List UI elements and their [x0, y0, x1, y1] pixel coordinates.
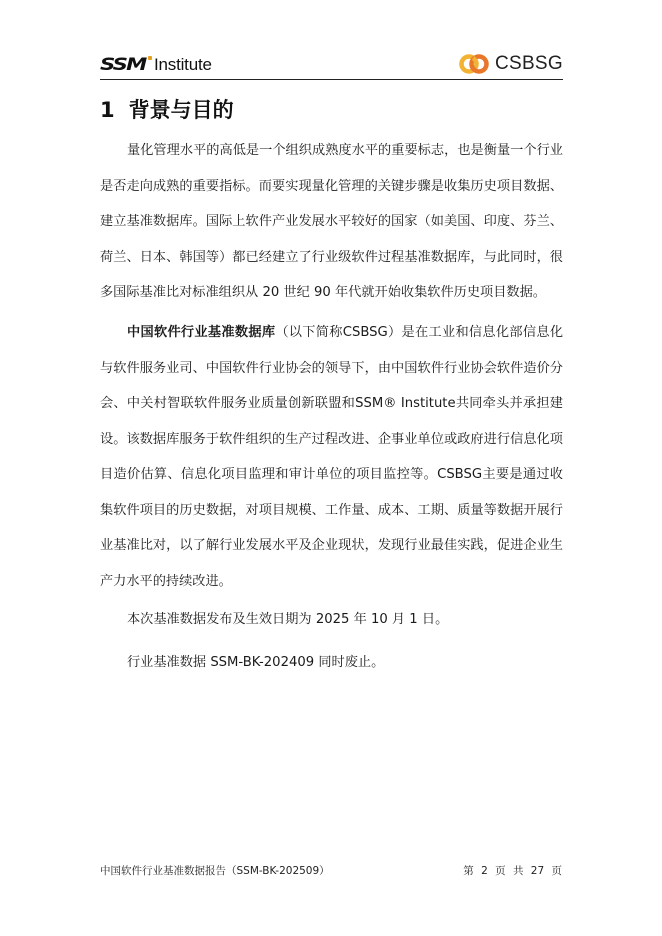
text-line: 设。该数据库服务于软件组织的生产过程改进、企事业单位或政府进行信息化项: [100, 422, 563, 458]
csbsg-logo-text: CSBSG: [495, 53, 563, 75]
ssm-institute-logo: SSM Institute: [100, 54, 212, 76]
text-line: 荷兰、日本、韩国等）都已经建立了行业级软件过程基准数据库，与此同时，很: [100, 240, 563, 276]
paragraph-effective-date: 本次基准数据发布及生效日期为 2025 年 10 月 1 日。: [100, 602, 563, 638]
header-divider: [100, 79, 563, 80]
text-line: 业基准比对，以了解行业发展水平及企业现状，发现行业最佳实践，促进企业生: [100, 528, 563, 564]
section-title: 背景与目的: [129, 98, 234, 122]
document-page: SSM Institute CSBSG 1背景与目的 量化管理水平的高低是一个组…: [0, 0, 662, 936]
text-line: 多国际基准比对标准组织从 20 世纪 90 年代就开始收集软件历史项目数据。: [100, 275, 563, 311]
footer-page-number: 第 2 页 共 27 页: [463, 863, 562, 878]
ssm-logo-accent-icon: [148, 56, 152, 60]
paragraph-superseded: 行业基准数据 SSM-BK-202409 同时废止。: [100, 645, 563, 681]
text-line: 行业基准数据 SSM-BK-202409 同时废止。: [100, 645, 563, 681]
bold-term: 中国软件行业基准数据库: [127, 325, 275, 340]
text-line: 会、中关村智联软件服务业质量创新联盟和SSM® Institute共同牵头并承担…: [100, 386, 563, 422]
section-heading: 1背景与目的: [100, 94, 234, 124]
text-line: 是否走向成熟的重要指标。而要实现量化管理的关键步骤是收集历史项目数据、: [100, 169, 563, 205]
text-line: 本次基准数据发布及生效日期为 2025 年 10 月 1 日。: [100, 602, 563, 638]
page-header: SSM Institute CSBSG: [100, 50, 563, 80]
section-number: 1: [100, 98, 115, 122]
text-line: 集软件项目的历史数据，对项目规模、工作量、成本、工期、质量等数据开展行: [100, 493, 563, 529]
ssm-logo-text: Institute: [154, 55, 212, 75]
text-line: 产力水平的持续改进。: [100, 564, 563, 600]
text-line: 中国软件行业基准数据库（以下简称CSBSG）是在工业和信息化部信息化: [100, 315, 563, 351]
text-span: （以下简称CSBSG）是在工业和信息化部信息化: [275, 325, 563, 340]
text-line: 目造价估算、信息化项目监理和审计单位的项目监控等。CSBSG主要是通过收: [100, 457, 563, 493]
interlocking-rings-icon: [459, 52, 489, 76]
csbsg-logo: CSBSG: [459, 50, 563, 78]
paragraph-csbsg-intro: 中国软件行业基准数据库（以下简称CSBSG）是在工业和信息化部信息化 与软件服务…: [100, 315, 563, 599]
text-line: 与软件服务业司、中国软件行业协会的领导下，由中国软件行业协会软件造价分: [100, 351, 563, 387]
footer-report-title: 中国软件行业基准数据报告（SSM-BK-202509）: [100, 863, 330, 878]
text-line: 量化管理水平的高低是一个组织成熟度水平的重要标志，也是衡量一个行业: [100, 133, 563, 169]
paragraph-background: 量化管理水平的高低是一个组织成熟度水平的重要标志，也是衡量一个行业 是否走向成熟…: [100, 133, 563, 311]
text-line: 建立基准数据库。国际上软件产业发展水平较好的国家（如美国、印度、芬兰、: [100, 204, 563, 240]
